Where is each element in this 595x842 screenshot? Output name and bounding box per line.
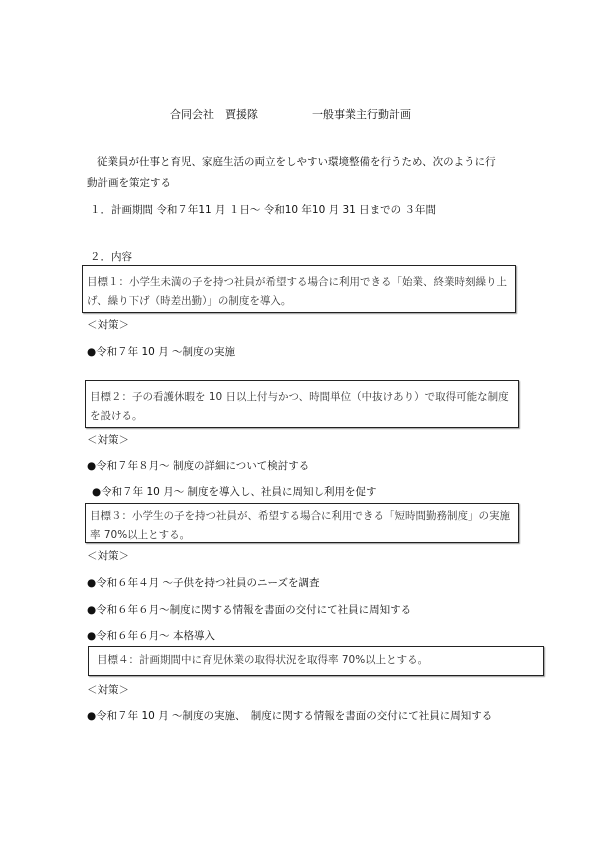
- goal-2-text: 目標２：子の看護休暇を 10 日以上付与かつ、時間単位（中抜けあり）で取得可能な…: [90, 388, 514, 426]
- goal-3-measure-1: ●令和６年４月 ～子供を持つ社員のニーズを調査: [87, 576, 319, 590]
- document-title: 一般事業主行動計画: [312, 108, 411, 122]
- goal-4-text: 目標４：計画期間中に育児休業の取得状況を取得率 70%以上とする。: [97, 651, 539, 670]
- goal-2-measures-label: ＜対策＞: [87, 433, 129, 447]
- intro-line-2: 動計画を策定する: [87, 176, 171, 190]
- goal-4-measure-1: ●令和７年 10 月 ～制度の実施、 制度に関する情報を書面の交付にて社員に周知…: [87, 709, 492, 723]
- goal-1-measure-1: ●令和７年 10 月 ～制度の実施: [87, 345, 235, 359]
- goal-3-box: 目標３：小学生の子を持つ社員が、希望する場合に利用できる「短時間勤務制度」の実施…: [85, 503, 519, 543]
- plan-period: １．計画期間 令和７年11 月 １日～ 令和10 年10 月 31 日までの ３…: [90, 203, 436, 217]
- goal-1-measures-label: ＜対策＞: [87, 318, 129, 332]
- goal-2-measure-1: ●令和７年８月～ 制度の詳細について検討する: [87, 459, 309, 473]
- goal-3-measure-3: ●令和６年６月～ 本格導入: [87, 629, 215, 643]
- goal-1-box: 目標１：小学生未満の子を持つ社員が希望する場合に利用できる「始業、終業時刻繰り上…: [82, 265, 516, 313]
- goal-4-measures-label: ＜対策＞: [87, 683, 129, 697]
- goal-2-measure-2: ●令和７年 10 月～ 制度を導入し、社員に周知し利用を促す: [92, 485, 377, 499]
- goal-2-box: 目標２：子の看護休暇を 10 日以上付与かつ、時間単位（中抜けあり）で取得可能な…: [85, 380, 519, 428]
- company-name: 合同会社 賈援隊: [170, 108, 258, 122]
- goal-4-box: 目標４：計画期間中に育児休業の取得状況を取得率 70%以上とする。: [88, 646, 544, 676]
- goal-3-measure-2: ●令和６年６月～制度に関する情報を書面の交付にて社員に周知する: [87, 603, 411, 617]
- intro-line-1: 従業員が仕事と育児、家庭生活の両立をしやすい環境整備を行うため、次のように行: [97, 155, 496, 169]
- goal-1-text: 目標１：小学生未満の子を持つ社員が希望する場合に利用できる「始業、終業時刻繰り上…: [87, 273, 511, 311]
- goal-3-text: 目標３：小学生の子を持つ社員が、希望する場合に利用できる「短時間勤務制度」の実施…: [90, 507, 514, 545]
- goal-3-measures-label: ＜対策＞: [87, 549, 129, 563]
- section-contents-heading: ２．内容: [90, 250, 132, 264]
